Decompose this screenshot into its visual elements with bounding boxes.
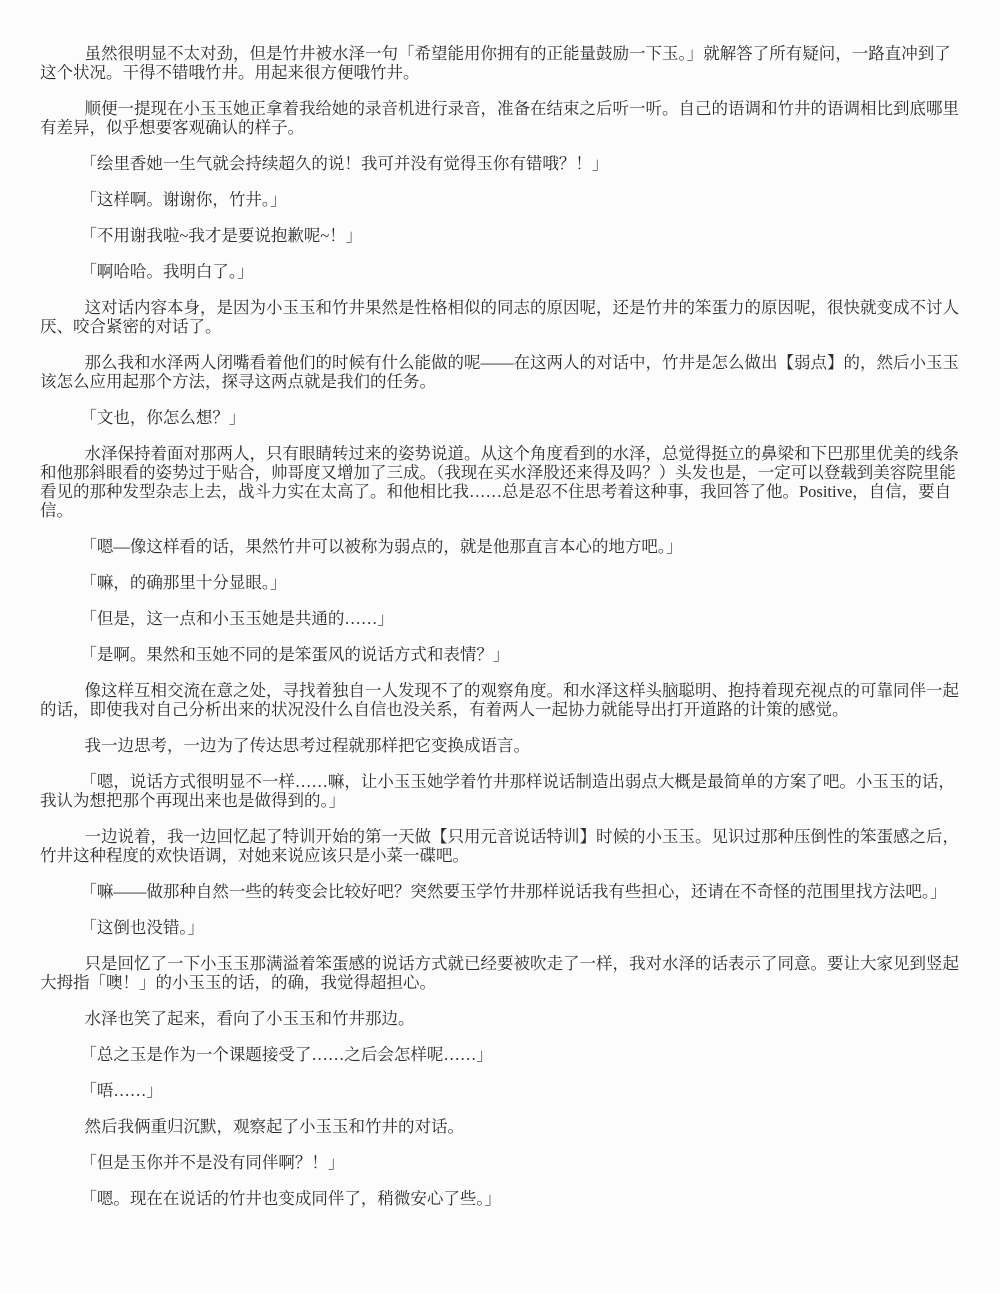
- dialogue-paragraph: 「文也，你怎么想？」: [40, 408, 963, 427]
- dialogue-paragraph: 「但是玉你并不是没有同伴啊？！」: [40, 1153, 963, 1172]
- dialogue-paragraph: 「嗯—像这样看的话，果然竹井可以被称为弱点的，就是他那直言本心的地方吧。」: [40, 537, 963, 556]
- dialogue-paragraph: 「这倒也没错。」: [40, 918, 963, 937]
- dialogue-paragraph: 「绘里香她一生气就会持续超久的说！我可并没有觉得玉你有错哦？！」: [40, 154, 963, 173]
- narrative-paragraph: 一边说着，我一边回忆起了特训开始的第一天做【只用元音说话特训】时候的小玉玉。见识…: [40, 827, 963, 865]
- dialogue-paragraph: 「啊哈哈。我明白了。」: [40, 262, 963, 281]
- narrative-paragraph: 那么我和水泽两人闭嘴看着他们的时候有什么能做的呢——在这两人的对话中，竹井是怎么…: [40, 353, 963, 391]
- narrative-paragraph: 这对话内容本身，是因为小玉玉和竹井果然是性格相似的同志的原因呢，还是竹井的笨蛋力…: [40, 298, 963, 336]
- narrative-paragraph: 只是回忆了一下小玉玉那满溢着笨蛋感的说话方式就已经要被吹走了一样，我对水泽的话表…: [40, 954, 963, 992]
- dialogue-paragraph: 「总之玉是作为一个课题接受了……之后会怎样呢……」: [40, 1045, 963, 1064]
- dialogue-paragraph: 「是啊。果然和玉她不同的是笨蛋风的说话方式和表情？」: [40, 645, 963, 664]
- narrative-paragraph: 水泽也笑了起来，看向了小玉玉和竹井那边。: [40, 1009, 963, 1028]
- dialogue-paragraph: 「嘛，的确那里十分显眼。」: [40, 573, 963, 592]
- narrative-paragraph: 像这样互相交流在意之处，寻找着独自一人发现不了的观察角度。和水泽这样头脑聪明、抱…: [40, 681, 963, 719]
- dialogue-paragraph: 「唔……」: [40, 1081, 963, 1100]
- dialogue-paragraph: 「但是，这一点和小玉玉她是共通的……」: [40, 609, 963, 628]
- novel-page: 虽然很明显不太对劲，但是竹井被水泽一句「希望能用你拥有的正能量鼓励一下玉。」就解…: [0, 0, 1000, 1294]
- narrative-paragraph: 虽然很明显不太对劲，但是竹井被水泽一句「希望能用你拥有的正能量鼓励一下玉。」就解…: [40, 44, 963, 82]
- novel-text-body: 虽然很明显不太对劲，但是竹井被水泽一句「希望能用你拥有的正能量鼓励一下玉。」就解…: [40, 44, 963, 1208]
- dialogue-paragraph: 「嗯。现在在说话的竹井也变成同伴了，稍微安心了些。」: [40, 1189, 963, 1208]
- narrative-paragraph: 水泽保持着面对那两人，只有眼睛转过来的姿势说道。从这个角度看到的水泽，总觉得挺立…: [40, 444, 963, 520]
- narrative-paragraph: 我一边思考，一边为了传达思考过程就那样把它变换成语言。: [40, 736, 963, 755]
- dialogue-paragraph: 「不用谢我啦~我才是要说抱歉呢~！」: [40, 226, 963, 245]
- narrative-paragraph: 然后我俩重归沉默，观察起了小玉玉和竹井的对话。: [40, 1117, 963, 1136]
- dialogue-paragraph: 「嗯，说话方式很明显不一样……嘛，让小玉玉她学着竹井那样说话制造出弱点大概是最简…: [40, 772, 963, 810]
- dialogue-paragraph: 「嘛——做那种自然一些的转变会比较好吧？突然要玉学竹井那样说话我有些担心，还请在…: [40, 882, 963, 901]
- dialogue-paragraph: 「这样啊。谢谢你，竹井。」: [40, 190, 963, 209]
- narrative-paragraph: 顺便一提现在小玉玉她正拿着我给她的录音机进行录音，准备在结束之后听一听。自己的语…: [40, 99, 963, 137]
